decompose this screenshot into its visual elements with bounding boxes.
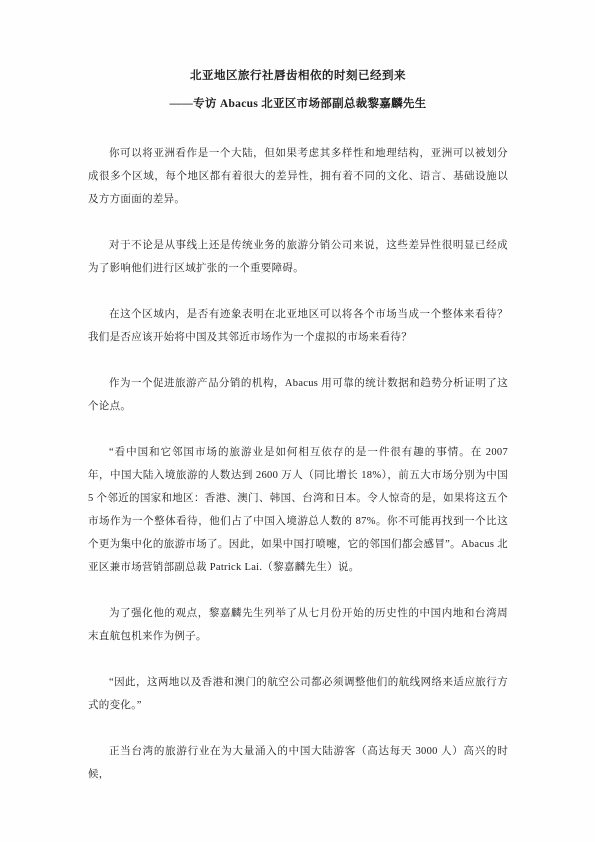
paragraph: 在这个区域内，是否有迹象表明在北亚地区可以将各个市场当成一个整体来看待？我们是否…: [88, 303, 508, 349]
paragraph: 为了强化他的观点，黎嘉麟先生列举了从七月份开始的历史性的中国内地和台湾周末直航包…: [88, 602, 508, 648]
paragraph: 对于不论是从事线上还是传统业务的旅游分销公司来说，这些差异性很明显已经成为了影响…: [88, 234, 508, 280]
paragraph: “因此，这两地以及香港和澳门的航空公司都必须调整他们的航线网络来适应旅行方式的变…: [88, 671, 508, 717]
document-title: 北亚地区旅行社唇齿相依的时刻已经到来: [88, 62, 508, 90]
paragraph: 作为一个促进旅游产品分销的机构，Abacus 用可靠的统计数据和趋势分析证明了这…: [88, 372, 508, 418]
paragraph: 你可以将亚洲看作是一个大陆，但如果考虑其多样性和地理结构，亚洲可以被划分成很多个…: [88, 142, 508, 211]
paragraph: “看中国和它邻国市场的旅游业是如何相互依存的是一件很有趣的事情。在 2007 年…: [88, 441, 508, 579]
document-page: 北亚地区旅行社唇齿相依的时刻已经到来 ——专访 Abacus 北亚区市场部副总裁…: [0, 0, 595, 842]
document-subtitle: ——专访 Abacus 北亚区市场部副总裁黎嘉麟先生: [88, 90, 508, 118]
paragraph: 正当台湾的旅游行业在为大量涌入的中国大陆游客（高达每天 3000 人）高兴的时候…: [88, 740, 508, 786]
document-body: 你可以将亚洲看作是一个大陆，但如果考虑其多样性和地理结构，亚洲可以被划分成很多个…: [88, 142, 508, 786]
